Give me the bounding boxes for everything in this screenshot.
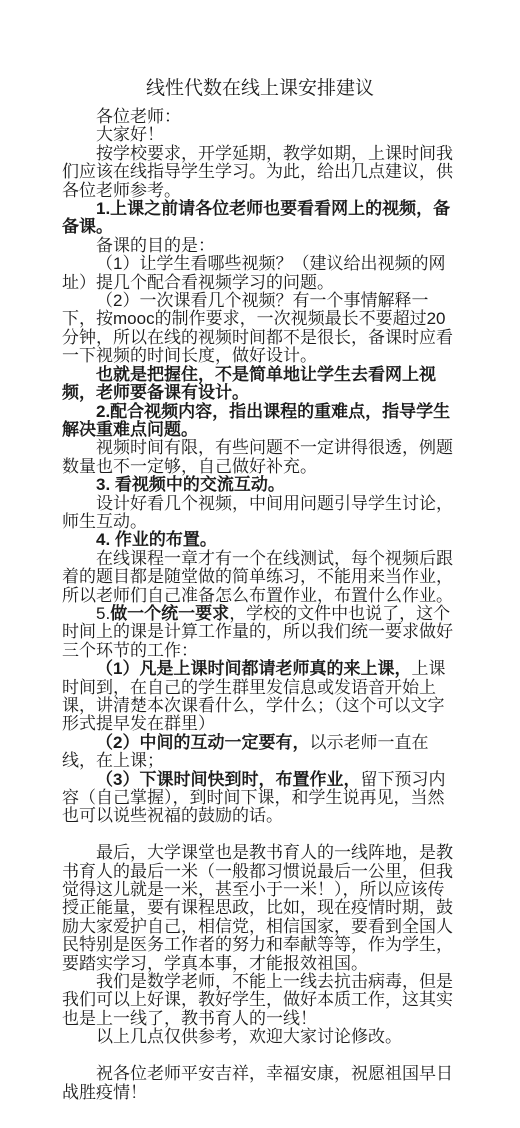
paragraph: 以上几点仅供参考，欢迎大家讨论修改。 [62, 1028, 458, 1046]
text-run: （2）一次课看几个视频？有一个事情解释一下，按mooc的制作要求，一次视频最长不… [62, 291, 453, 365]
text-run: 祝各位老师平安吉祥，幸福安康，祝愿祖国早日战胜疫情！ [62, 1064, 453, 1101]
bold-text-run: （2）中间的互动一定要有， [96, 733, 309, 752]
paragraph: 我们是数学老师，不能上一线去抗击病毒，但是我们可以上好课，教好学生，做好本质工作… [62, 973, 458, 1028]
text-run: 各位老师： [96, 107, 181, 126]
paragraph: 最后，大学课堂也是教书育人的一线阵地，是教书育人的最后一米（一般都习惯说最后一公… [62, 844, 458, 973]
blank-line [62, 826, 458, 844]
bold-text-run: （3）下课时间快到时，布置作业， [96, 770, 360, 789]
paragraph: （2）一次课看几个视频？有一个事情解释一下，按mooc的制作要求，一次视频最长不… [62, 292, 458, 366]
text-run: 5. [96, 604, 110, 623]
paragraph: 备课的目的是： [62, 237, 458, 255]
document-body: 各位老师：大家好！按学校要求，开学延期，教学如期，上课时间我们应该在线指导学生学… [62, 108, 458, 1102]
paragraph: 4. 作业的布置。 [62, 531, 458, 549]
bold-text-run: （1）凡是上课时间都请老师真的来上课， [96, 659, 411, 678]
text-run: 以上几点仅供参考，欢迎大家讨论修改。 [96, 1027, 402, 1046]
paragraph: 3. 看视频中的交流互动。 [62, 476, 458, 494]
text-run: 视频时间有限，有些问题不一定讲得很透，例题数量也不一定够，自己做好补充。 [62, 438, 453, 475]
paragraph: 也就是把握住，不是简单地让学生去看网上视频，老师要备课有设计。 [62, 366, 458, 403]
bold-text-run: 4. 作业的布置。 [96, 530, 217, 549]
text-run: 按学校要求，开学延期，教学如期，上课时间我们应该在线指导学生学习。为此，给出几点… [62, 144, 453, 200]
paragraph: 大家好！ [62, 126, 458, 144]
paragraph: （2）中间的互动一定要有，以示老师一直在线，在上课； [62, 734, 458, 771]
text-run: 我们是数学老师，不能上一线去抗击病毒，但是我们可以上好课，教好学生，做好本质工作… [62, 972, 453, 1028]
document-title: 线性代数在线上课安排建议 [62, 76, 458, 101]
paragraph: （1）让学生看哪些视频？（建议给出视频的网址）提几个配合看视频学习的问题。 [62, 255, 458, 292]
paragraph: 设计好看几个视频，中间用问题引导学生讨论，师生互动。 [62, 495, 458, 532]
text-run: 在线课程一章才有一个在线测试，每个视频后跟着的题目都是随堂做的简单练习，不能用来… [62, 549, 453, 605]
text-run: 备课的目的是： [96, 236, 215, 255]
text-run: 最后，大学课堂也是教书育人的一线阵地，是教书育人的最后一米（一般都习惯说最后一公… [62, 843, 453, 972]
document-page: 线性代数在线上课安排建议 各位老师：大家好！按学校要求，开学延期，教学如期，上课… [0, 0, 520, 1128]
paragraph: 1.上课之前请各位老师也要看看网上的视频，备备课。 [62, 200, 458, 237]
paragraph: 按学校要求，开学延期，教学如期，上课时间我们应该在线指导学生学习。为此，给出几点… [62, 145, 458, 200]
bold-text-run: 也就是把握住，不是简单地让学生去看网上视频，老师要备课有设计。 [62, 365, 436, 402]
blank-line [62, 1047, 458, 1065]
paragraph: （3）下课时间快到时，布置作业，留下预习内容（自己掌握），到时间下课，和学生说再… [62, 771, 458, 826]
text-run: 设计好看几个视频，中间用问题引导学生讨论，师生互动。 [62, 494, 453, 531]
bold-text-run: 1.上课之前请各位老师也要看看网上的视频，备备课。 [62, 199, 450, 236]
bold-text-run: 3. 看视频中的交流互动。 [96, 475, 285, 494]
bold-text-run: 2.配合视频内容，指出课程的重难点，指导学生解决重难点问题。 [62, 402, 450, 439]
paragraph: 5.做一个统一要求，学校的文件中也说了，这个时间上的课是计算工作量的，所以我们统… [62, 605, 458, 660]
paragraph: 视频时间有限，有些问题不一定讲得很透，例题数量也不一定够，自己做好补充。 [62, 439, 458, 476]
text-run: （1）让学生看哪些视频？（建议给出视频的网址）提几个配合看视频学习的问题。 [62, 254, 445, 291]
bold-text-run: 做一个统一要求 [110, 604, 229, 623]
paragraph: （1）凡是上课时间都请老师真的来上课，上课时间到，在自己的学生群里发信息或发语音… [62, 660, 458, 734]
paragraph: 各位老师： [62, 108, 458, 126]
paragraph: 祝各位老师平安吉祥，幸福安康，祝愿祖国早日战胜疫情！ [62, 1065, 458, 1102]
text-run: 大家好！ [96, 125, 164, 144]
paragraph: 2.配合视频内容，指出课程的重难点，指导学生解决重难点问题。 [62, 403, 458, 440]
paragraph: 在线课程一章才有一个在线测试，每个视频后跟着的题目都是随堂做的简单练习，不能用来… [62, 550, 458, 605]
